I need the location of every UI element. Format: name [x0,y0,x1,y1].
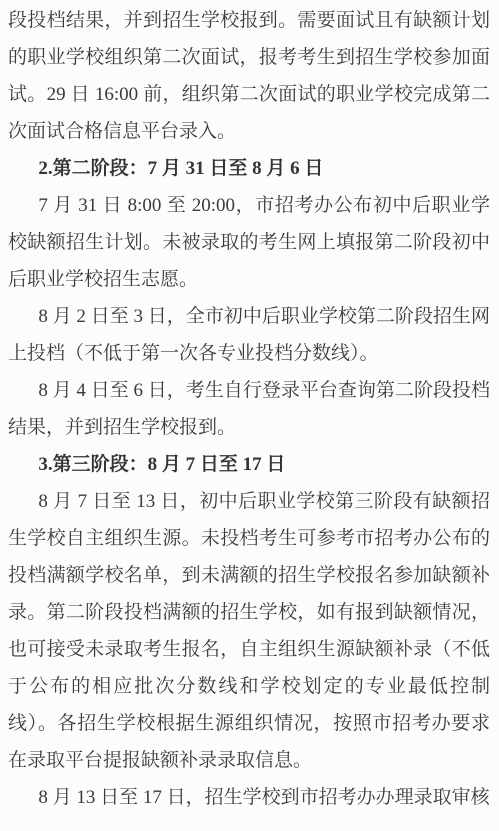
paragraph-stage2-fill-plan: 7 月 31 日 8:00 至 20:00，市招考办公布初中后职业学校缺额招生计… [8,187,490,298]
paragraph-stage2-online-filing: 8 月 2 日至 3 日，全市初中后职业学校第二阶段招生网上投档（不低于第一次各… [8,298,490,372]
paragraph-stage2-query-results: 8 月 4 日至 6 日，考生自行登录平台查询第二阶段投档结果，并到招生学校报到… [8,372,490,446]
paragraph-stage1-results-continuation: 段投档结果，并到招生学校报到。需要面试且有缺额计划的职业学校组织第二次面试，报考… [8,2,490,150]
section-heading-stage3: 3.第三阶段：8 月 7 日至 17 日 [8,446,490,483]
paragraph-stage3-review: 8 月 13 日至 17 日，招生学校到市招考办办理录取审核 [8,779,490,816]
document-page: 段投档结果，并到招生学校报到。需要面试且有缺额计划的职业学校组织第二次面试，报考… [0,0,499,831]
paragraph-stage3-supplementary-admission: 8 月 7 日至 13 日，初中后职业学校第三阶段有缺额招生学校自主组织生源。未… [8,483,490,779]
section-heading-stage2: 2.第二阶段：7 月 31 日至 8 月 6 日 [8,150,490,187]
